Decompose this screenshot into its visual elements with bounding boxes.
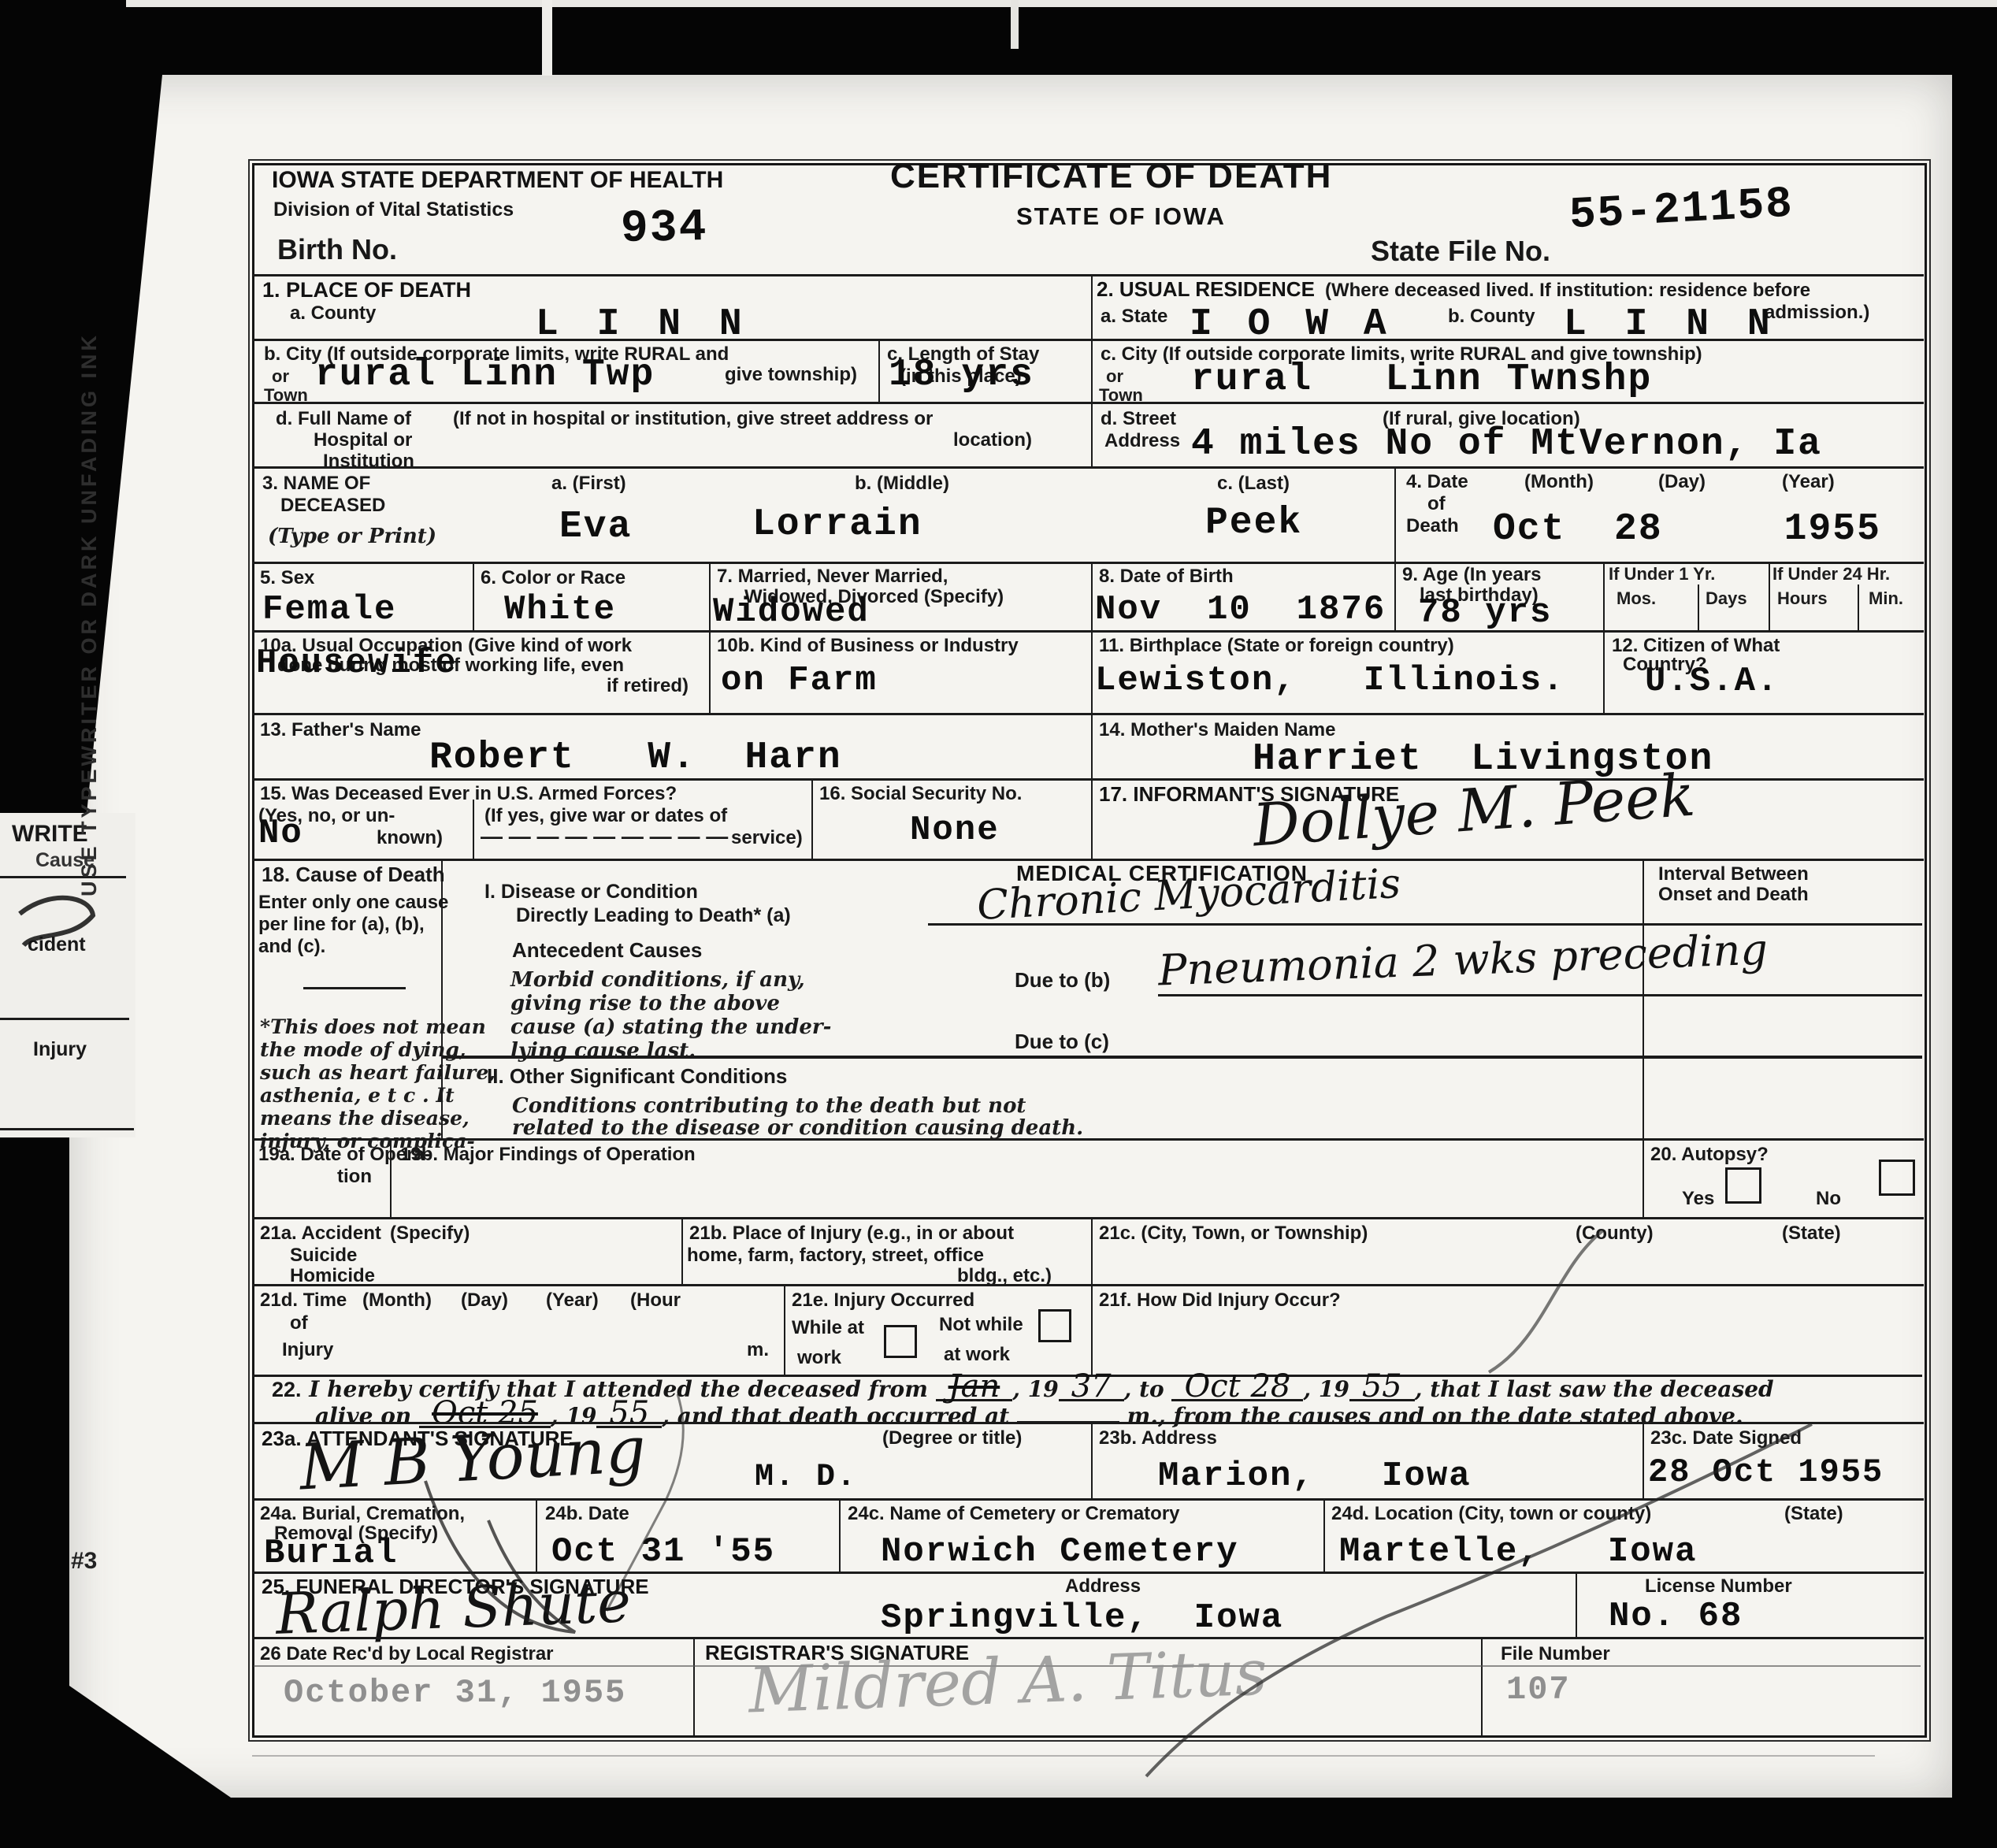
- s24c-label: 24c. Name of Cemetery or Crematory: [848, 1503, 1180, 1525]
- armed-forces-value: No: [258, 816, 303, 851]
- s23a-degree-label: (Degree or title): [882, 1427, 1022, 1449]
- s22-attended-from: Jan: [936, 1374, 1013, 1401]
- s20-label: 20. Autopsy?: [1650, 1144, 1769, 1166]
- injury-while-at-work-checkbox: [884, 1325, 917, 1358]
- birth-no-value: 934: [621, 206, 708, 253]
- s21a-label: 21a. Accident: [260, 1223, 381, 1245]
- injury-not-at-work-checkbox: [1038, 1309, 1071, 1342]
- s9-u1-mos: Mos.: [1617, 589, 1656, 608]
- s21d-label3: Injury: [282, 1339, 333, 1361]
- s22-text3: , to: [1124, 1376, 1172, 1402]
- s24a-label: 24a. Burial, Cremation,: [260, 1503, 465, 1525]
- s21d-m: m.: [747, 1339, 769, 1361]
- attendant-signature: M B Young: [298, 1419, 647, 1500]
- funeral-director-address-value: Springville, Iowa: [881, 1601, 1283, 1635]
- s21d-month: (Month): [362, 1290, 432, 1312]
- s4-year-label: (Year): [1782, 471, 1835, 493]
- s19a-label2: tion: [337, 1166, 372, 1188]
- s18-fn4: asthenia, e t c . It: [260, 1083, 455, 1108]
- s18-morbid4: lying cause last.: [510, 1038, 696, 1064]
- s8-label: 8. Date of Birth: [1099, 566, 1234, 588]
- s21e-label: 21e. Injury Occurred: [792, 1290, 974, 1312]
- s25-license-label: License Number: [1645, 1575, 1792, 1598]
- race-value: White: [504, 592, 616, 627]
- industry-value: on Farm: [721, 663, 878, 698]
- scan-artifact-streak-1: [542, 0, 552, 76]
- s1b-city-value: rural Linn Twp: [315, 356, 655, 394]
- s20-no-label: No: [1816, 1188, 1841, 1210]
- s22-text2: , 19: [1012, 1376, 1058, 1402]
- s13-label: 13. Father's Name: [260, 719, 421, 741]
- scanned-death-certificate: WRITE Cause cident Injury #3 USE TYPEWRI…: [0, 0, 1997, 1848]
- autopsy-yes-checkbox: [1725, 1167, 1761, 1204]
- s18-i-label2: Directly Leading to Death* (a): [516, 904, 791, 927]
- s1a-label: a. County: [290, 302, 376, 325]
- state-file-no-value: 55-21158: [1568, 182, 1795, 238]
- s24d-state: (State): [1784, 1503, 1843, 1525]
- s15-dashes: — — — — — — — — —: [481, 824, 728, 849]
- burial-value: Burial: [264, 1536, 398, 1571]
- s18-ii-label: II. Other Significant Conditions: [487, 1065, 787, 1089]
- s21e-w2: work: [797, 1347, 841, 1369]
- agency-division: Division of Vital Statistics: [273, 199, 514, 221]
- s3-label2: DECEASED: [280, 495, 385, 517]
- s18-i-label: I. Disease or Condition: [484, 881, 698, 904]
- father-name-value: Robert W. Harn: [429, 739, 842, 777]
- age-value: 78 yrs: [1418, 596, 1552, 630]
- s3-middle-label: b. (Middle): [855, 473, 949, 495]
- s21d-label: 21d. Time: [260, 1290, 347, 1312]
- s22-to-year: 55: [1349, 1374, 1415, 1401]
- s22-text5: , that I last saw the deceased: [1415, 1376, 1774, 1402]
- s9-label: 9. Age (In years: [1402, 564, 1542, 586]
- date-received-value: October 31, 1955: [284, 1676, 626, 1709]
- s21a-specify: (Specify): [390, 1223, 470, 1245]
- s15-sub2: known): [377, 827, 443, 849]
- attendant-address-value: Marion, Iowa: [1158, 1459, 1472, 1494]
- s2d-label2: Address: [1104, 430, 1180, 452]
- s18-due-b: Due to (b): [1015, 969, 1110, 993]
- s24b-label: 24b. Date: [545, 1503, 629, 1525]
- s2d-address-value: 4 miles No of MtVernon, Ia: [1191, 425, 1822, 463]
- s15-label: 15. Was Deceased Ever in U.S. Armed Forc…: [260, 783, 677, 805]
- s21f-label: 21f. How Did Injury Occur?: [1099, 1290, 1341, 1312]
- s2-note: (Where deceased lived. If institution: r…: [1325, 280, 1810, 302]
- s4-label3: Death: [1406, 515, 1459, 537]
- s19b-label: 19b. Major Findings of Operation: [400, 1144, 696, 1166]
- s4-day-label: (Day): [1658, 471, 1706, 493]
- s1c-stay-value: 18 yrs: [889, 356, 1034, 394]
- ssn-value: None: [910, 813, 1000, 848]
- s18-fn3: such as heart failure,: [260, 1060, 496, 1085]
- s1b-or: or: [272, 367, 289, 386]
- cemetery-location-value: Martelle, Iowa: [1339, 1534, 1697, 1569]
- s21d-day: (Day): [461, 1290, 508, 1312]
- date-of-birth-value: Nov 10 1876: [1095, 592, 1386, 627]
- typewriter-instruction-note: USE TYPEWRITER OR DARK UNFADING INK: [77, 140, 102, 896]
- scan-artifact-streak-2: [1011, 0, 1019, 49]
- s10a-label3: if retired): [607, 675, 689, 697]
- s2c-city-value: rural Linn Twnshp: [1191, 361, 1652, 399]
- certificate-subtitle: STATE OF IOWA: [1016, 203, 1226, 230]
- name-last-value: Peek: [1205, 504, 1302, 542]
- s18-note3: and (c).: [258, 936, 325, 958]
- s2b-county-value: L I N N: [1564, 306, 1778, 343]
- date-signed-value: 28 Oct 1955: [1648, 1456, 1884, 1489]
- s3-last-label: c. (Last): [1217, 473, 1290, 495]
- s9-u1-label: If Under 1 Yr.: [1609, 565, 1715, 584]
- margin-fragment-accident: cident: [28, 933, 86, 956]
- s11-label: 11. Birthplace (State or foreign country…: [1099, 635, 1454, 657]
- s18-ii-note2: related to the disease or condition caus…: [512, 1115, 1083, 1141]
- s26-file-label: File Number: [1501, 1643, 1610, 1665]
- interval-label2: Onset and Death: [1658, 884, 1809, 906]
- s2d-label: d. Street: [1101, 408, 1176, 430]
- birthplace-value: Lewiston, Illinois.: [1095, 663, 1565, 698]
- s21b-label2: home, farm, factory, street, office: [687, 1245, 984, 1267]
- s4-month-label: (Month): [1524, 471, 1594, 493]
- burial-date-value: Oct 31 '55: [551, 1534, 775, 1569]
- s2c-or: or: [1106, 367, 1123, 386]
- s4-label: 4. Date: [1406, 471, 1468, 493]
- s20-yes-label: Yes: [1682, 1188, 1714, 1210]
- cemetery-value: Norwich Cemetery: [881, 1534, 1238, 1569]
- name-first-value: Eva: [559, 508, 632, 546]
- s3-label3: (Type or Print): [268, 524, 436, 550]
- s1b-label2: give township): [725, 364, 857, 386]
- state-file-no-label: State File No.: [1371, 235, 1550, 267]
- marital-value: Widowed: [713, 595, 870, 629]
- s21a-label2: Suicide: [290, 1245, 357, 1267]
- s21d-year: (Year): [546, 1290, 599, 1312]
- s2-note2: admission.): [1765, 302, 1869, 324]
- s18-due-c: Due to (c): [1015, 1030, 1109, 1054]
- name-middle-value: Lorrain: [752, 506, 922, 544]
- occupation-value: Housewife: [256, 646, 458, 681]
- s2b-label: b. County: [1448, 306, 1535, 328]
- s21e-n2: at work: [944, 1344, 1010, 1366]
- s18-morbid3: cause (a) stating the under-: [510, 1015, 831, 1041]
- s18-note2: per line for (a), (b),: [258, 914, 425, 936]
- s2a-label: a. State: [1101, 306, 1167, 328]
- s1a-county-value: L I N N: [536, 306, 750, 343]
- s3-label: 3. NAME OF: [262, 473, 370, 495]
- s15-note2: service): [731, 827, 803, 849]
- s4-label2: of: [1427, 493, 1446, 515]
- s18-note1: Enter only one cause: [258, 892, 448, 914]
- s5-label: 5. Sex: [260, 567, 314, 589]
- s26-label: 26 Date Rec'd by Local Registrar: [260, 1643, 554, 1665]
- s25-address-label: Address: [1065, 1575, 1141, 1598]
- s9-u24-min: Min.: [1869, 589, 1903, 608]
- s2-title: 2. USUAL RESIDENCE: [1097, 278, 1315, 301]
- s21e-n1: Not while: [939, 1314, 1023, 1336]
- s1d-label: d. Full Name of: [276, 408, 411, 430]
- s21d-hour: (Hour: [630, 1290, 681, 1312]
- s18-fn2: the mode of dying,: [260, 1037, 466, 1062]
- s21c-label: 21c. (City, Town, or Township): [1099, 1223, 1368, 1245]
- s23c-label: 23c. Date Signed: [1650, 1427, 1802, 1449]
- s18-fn1: *This does not mean: [260, 1015, 486, 1039]
- s1d-label2: Hospital or: [314, 429, 412, 451]
- attendant-degree-value: M. D.: [755, 1462, 857, 1494]
- s24d-label: 24d. Location (City, town or county): [1331, 1503, 1651, 1525]
- interval-label1: Interval Between: [1658, 863, 1809, 885]
- s9-u24-label: If Under 24 Hr.: [1772, 565, 1890, 584]
- s18-label: 18. Cause of Death: [262, 863, 445, 887]
- s18-morbid1: Morbid conditions, if any,: [510, 967, 805, 993]
- s3-first-label: a. (First): [551, 473, 626, 495]
- scan-artifact-top-strip: [126, 0, 1997, 7]
- s22-number: 22.: [272, 1378, 302, 1402]
- s22-attended-to: Oct 28: [1171, 1374, 1303, 1401]
- s1d-note2: location): [953, 429, 1032, 451]
- s21c-state: (State): [1782, 1223, 1841, 1245]
- s18-fn5: means the disease,: [260, 1106, 470, 1130]
- s21c-county: (County): [1576, 1223, 1654, 1245]
- registrar-signature: Mildred A. Titus: [748, 1642, 1268, 1723]
- s9-u1-days: Days: [1706, 589, 1747, 608]
- s18-morbid2: giving rise to the above: [510, 991, 780, 1017]
- s9-u24-hours: Hours: [1777, 589, 1828, 608]
- birth-no-label: Birth No.: [277, 233, 397, 265]
- agency-name: IOWA STATE DEPARTMENT OF HEALTH: [272, 167, 723, 193]
- funeral-director-signature: Ralph Shute: [275, 1573, 632, 1642]
- s22-from-year: 37: [1059, 1374, 1124, 1401]
- margin-fragment-injury: Injury: [33, 1038, 87, 1061]
- s2a-state-value: I O W A: [1190, 306, 1393, 343]
- citizen-value: U.S.A.: [1645, 664, 1779, 699]
- s6-label: 6. Color or Race: [481, 567, 625, 589]
- s21e-w1: While at: [792, 1317, 864, 1339]
- s21b-label: 21b. Place of Injury (e.g., in or about: [689, 1223, 1014, 1245]
- autopsy-no-checkbox: [1879, 1160, 1915, 1196]
- s1d-note: (If not in hospital or institution, give…: [453, 408, 933, 430]
- s23b-label: 23b. Address: [1099, 1427, 1217, 1449]
- margin-fragment-tag: #3: [71, 1548, 97, 1575]
- sex-value: Female: [262, 592, 396, 627]
- file-number-value: 107: [1506, 1673, 1571, 1706]
- s21d-label2: of: [290, 1312, 308, 1334]
- license-number-value: No. 68: [1609, 1599, 1743, 1634]
- s18-antecedent: Antecedent Causes: [512, 939, 702, 963]
- s22-text4: , 19: [1303, 1376, 1349, 1402]
- date-of-death-value: Oct 28 1955: [1493, 510, 1881, 548]
- s10b-label: 10b. Kind of Business or Industry: [717, 635, 1019, 657]
- s16-label: 16. Social Security No.: [819, 783, 1022, 805]
- s1-title: 1. PLACE OF DEATH: [262, 279, 471, 302]
- certificate-title: CERTIFICATE OF DEATH: [890, 158, 1332, 195]
- s7-label: 7. Married, Never Married,: [717, 566, 948, 588]
